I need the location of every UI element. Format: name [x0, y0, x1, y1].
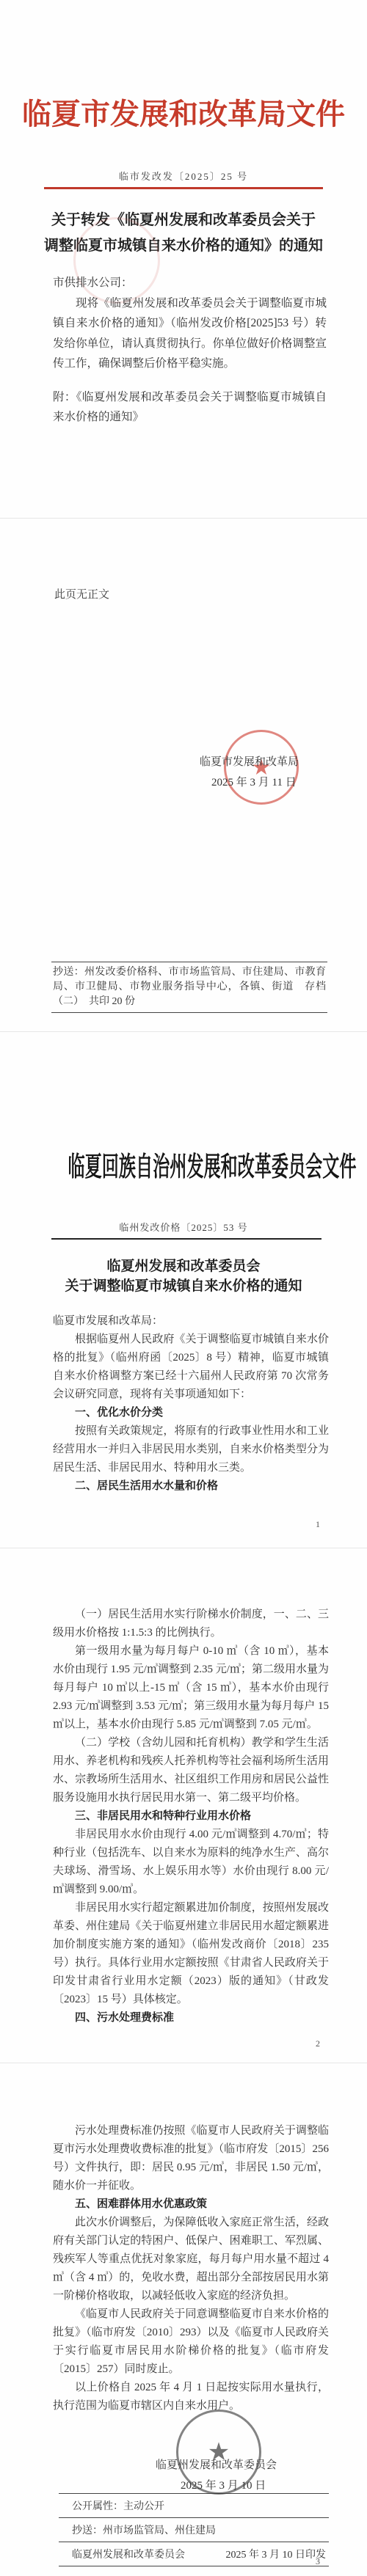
doc2-section3-para2: 非居民用水实行超定额累进加价制度，按照州发展改革委、州住建局《关于临夏州建立非居…	[53, 1899, 329, 2009]
doc2-number: 临州发改价格〔2025〕53 号	[0, 1220, 367, 1234]
doc2-section3-para1: 非居民用水水价由现行 4.00 元/㎥调整到 4.70/㎥；特种行业（包括洗车、…	[53, 1826, 329, 1899]
red-divider-line	[44, 187, 323, 189]
doc2-section1-heading: 一、优化水价分类	[53, 1404, 329, 1422]
doc2-repeal-para: 《临夏市人民政府关于同意调整临夏市自来水价格的批复》（临市府发〔2010〕293…	[53, 2305, 329, 2379]
doc1-recipient: 市供排水公司：	[53, 273, 327, 293]
doc1-title-line1: 关于转发《临夏州发展和改革委员会关于	[0, 208, 367, 233]
doc2-section5-heading: 五、困难群体用水优惠政策	[53, 2195, 329, 2214]
doc1-page1: 临夏市发展和改革局文件 临市发改发〔2025〕25 号 关于转发《临夏州发展和改…	[0, 0, 367, 518]
doc1-letterhead: 临夏市发展和改革局文件	[0, 91, 367, 133]
doc2-page1: 临夏回族自治州发展和改革委员会文件 临州发改价格〔2025〕53 号 临夏州发展…	[0, 1031, 367, 1548]
doc2-signer: 临夏州发展和改革委员会	[156, 2456, 277, 2472]
footer-publicity-row: 公开属性：主动公开	[59, 2493, 329, 2517]
doc2-intro: 根据临夏州人民政府《关于调整临夏市城镇自来水价格的批复》（临州府函〔2025〕8…	[53, 1331, 329, 1404]
doc2-body-p1: 临夏市发展和改革局： 根据临夏州人民政府《关于调整临夏市城镇自来水价格的批复》（…	[53, 1312, 329, 1496]
doc1-title: 关于转发《临夏州发展和改革委员会关于 调整临夏市城镇自来水价格的通知》的通知	[0, 208, 367, 259]
doc1-number: 临市发改发〔2025〕25 号	[0, 169, 367, 183]
doc2-recipient: 临夏市发展和改革局：	[53, 1312, 329, 1331]
page-number-2: 2	[316, 2038, 320, 2049]
doc2-section3-heading: 三、非居民用水和特种行业用水价格	[53, 1807, 329, 1826]
doc2-sign-date: 2025 年 3 月 10 日	[181, 2477, 266, 2492]
scanned-document: 临夏市发展和改革局文件 临市发改发〔2025〕25 号 关于转发《临夏州发展和改…	[0, 0, 367, 2576]
doc2-letterhead: 临夏回族自治州发展和改革委员会文件	[0, 1146, 367, 1182]
doc1-signer: 临夏市发展和改革局	[200, 753, 299, 769]
doc2-title-line2: 关于调整临夏市城镇自来水价格的通知	[0, 1276, 367, 1296]
no-body-text-note: 此页无正文	[54, 586, 109, 601]
black-divider-line	[51, 1238, 321, 1240]
doc2-section2-heading: 二、居民生活用水水量和价格	[53, 1477, 329, 1496]
doc2-section2-para1: （一）居民生活用水实行阶梯水价制度，一、二、三级用水价格按 1:1.5:3 的比…	[53, 1606, 329, 1642]
doc1-sign-date: 2025 年 3 月 11 日	[211, 774, 297, 789]
doc1-body: 市供排水公司： 现将《临夏州发展和改革委员会关于调整临夏市城镇自来水价格的通知》…	[53, 273, 327, 428]
doc1-attachment: 附：《临夏州发展和改革委员会关于调整临夏市城镇自来水价格的通知》	[53, 387, 327, 428]
footer-publicity: 公开属性：主动公开	[72, 2498, 164, 2513]
doc1-cc-note: 抄送：州发改委价格科、市市场监管局、市住建局、市教育局、市卫健局、市物业服务指导…	[53, 967, 326, 1007]
footer-print-date: 2025 年 3 月 10 日印发	[226, 2547, 327, 2561]
doc1-paragraph: 现将《临夏州发展和改革委员会关于调整临夏市城镇自来水价格的通知》（临州发改价格[…	[53, 293, 327, 374]
doc2-effective-para: 以上价格自 2025 年 4 月 1 日起按实际用水量执行，执行范围为临夏市辖区…	[53, 2379, 329, 2415]
doc2-page2: （一）居民生活用水实行阶梯水价制度，一、二、三级用水价格按 1:1.5:3 的比…	[0, 1548, 367, 2063]
footer-cc-row: 抄送：州市场监管局、州住建局	[59, 2517, 329, 2542]
doc1-cc-box: 抄送：州发改委价格科、市市场监管局、市住建局、市教育局、市卫健局、市物业服务指导…	[51, 962, 327, 1013]
doc2-title-line1: 临夏州发展和改革委员会	[0, 1256, 367, 1276]
doc2-section4-heading: 四、污水处理费标准	[53, 2009, 329, 2027]
doc2-page3: 污水处理费标准仍按照《临夏市人民政府关于调整临夏市污水处理费收费标准的批复》（临…	[0, 2063, 367, 2576]
doc2-section4-para1: 污水处理费标准仍按照《临夏市人民政府关于调整临夏市污水处理费收费标准的批复》（临…	[53, 2122, 329, 2195]
footer-issue-row: 临夏州发展和改革委员会 2025 年 3 月 10 日印发	[59, 2542, 329, 2566]
doc2-letterhead-text: 临夏回族自治州发展和改革委员会文件	[68, 1145, 356, 1184]
doc2-body-p2: （一）居民生活用水实行阶梯水价制度，一、二、三级用水价格按 1:1.5:3 的比…	[53, 1606, 329, 2027]
footer-cc: 抄送：州市场监管局、州住建局	[72, 2522, 216, 2537]
doc2-body-p3: 污水处理费标准仍按照《临夏市人民政府关于调整临夏市污水处理费收费标准的批复》（临…	[53, 2122, 329, 2415]
doc2-footer: 公开属性：主动公开 抄送：州市场监管局、州住建局 临夏州发展和改革委员会 202…	[59, 2493, 329, 2566]
page-number-1: 1	[316, 1519, 320, 1530]
doc2-section2-para3: （二）学校（含幼儿园和托育机构）教学和学生生活用水、养老机构和残疾人托养机构等社…	[53, 1734, 329, 1807]
doc2-title: 临夏州发展和改革委员会 关于调整临夏市城镇自来水价格的通知	[0, 1256, 367, 1296]
doc2-section5-para1: 此次水价调整后，为保障低收入家庭正常生活，经政府有关部门认定的特困户、低保户、困…	[53, 2214, 329, 2305]
doc1-title-line2: 调整临夏市城镇自来水价格的通知》的通知	[0, 233, 367, 259]
doc2-section2-para2: 第一级用水量为每月每户 0-10 ㎥（含 10 ㎥），基本水价由现行 1.95 …	[53, 1642, 329, 1734]
footer-issuer: 临夏州发展和改革委员会	[72, 2547, 185, 2561]
page-number-3: 3	[316, 2556, 320, 2567]
doc2-section1-para: 按照有关政策规定，将原有的行政事业性用水和工业经营用水一并归入非居民用水类别，自…	[53, 1422, 329, 1477]
doc1-page2: 此页无正文 ★ 临夏市发展和改革局 2025 年 3 月 11 日 抄送：州发改…	[0, 518, 367, 1031]
